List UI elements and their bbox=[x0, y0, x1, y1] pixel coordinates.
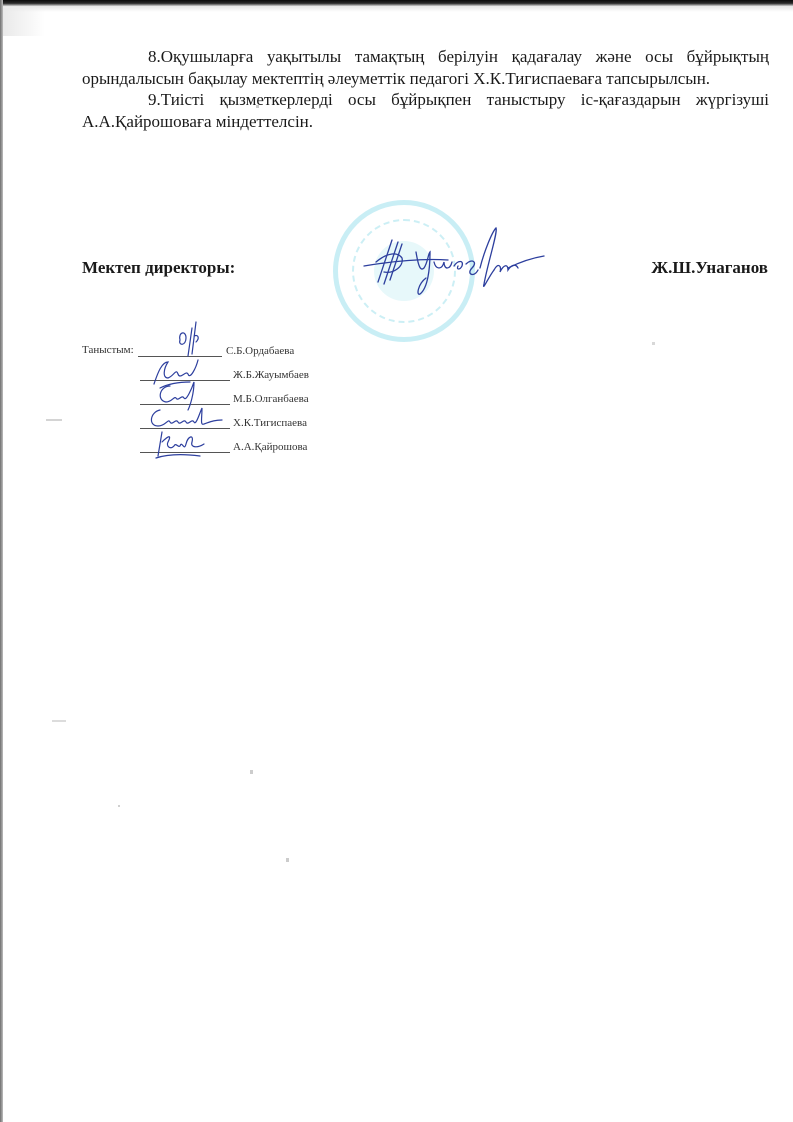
scan-speck bbox=[256, 105, 259, 108]
scan-speck bbox=[250, 770, 253, 774]
paragraph-item-9: 9.Тиісті қызметкерлерді осы бұйрықпен та… bbox=[82, 89, 769, 132]
director-name: Ж.Ш.Унаганов bbox=[651, 258, 768, 278]
scan-speck bbox=[286, 858, 289, 862]
scan-corner-shadow bbox=[3, 8, 45, 36]
ack-row: А.А.Қайрошова bbox=[82, 436, 362, 456]
director-title: Мектеп директоры: bbox=[82, 258, 235, 278]
ack-row: Х.К.Тигиспаева bbox=[82, 412, 362, 432]
scan-left-edge bbox=[0, 0, 3, 1122]
director-handwritten-signature bbox=[358, 222, 548, 302]
ack-row: Ж.Б.Жауымбаев bbox=[82, 364, 362, 384]
ack-label: Таныстым: bbox=[82, 344, 134, 356]
scan-speck bbox=[118, 805, 120, 807]
signatory-name: Ж.Б.Жауымбаев bbox=[233, 369, 309, 381]
scan-speck bbox=[46, 419, 62, 421]
scan-speck bbox=[52, 720, 66, 722]
signatory-name: А.А.Қайрошова bbox=[233, 441, 307, 453]
ack-row: Таныстым: С.Б.Ордабаева bbox=[82, 340, 362, 360]
signatory-signature bbox=[174, 318, 204, 358]
scan-speck bbox=[652, 342, 655, 345]
signatory-name: С.Б.Ордабаева bbox=[226, 345, 294, 357]
signatory-name: Х.К.Тигиспаева bbox=[233, 417, 307, 429]
signatory-name: М.Б.Олганбаева bbox=[233, 393, 309, 405]
paragraph-item-8: 8.Оқушыларға уақытылы тамақтың берілуін … bbox=[82, 46, 769, 89]
signatory-signature bbox=[148, 426, 208, 460]
scan-top-shadow bbox=[0, 6, 793, 12]
order-body: 8.Оқушыларға уақытылы тамақтың берілуін … bbox=[82, 46, 769, 132]
